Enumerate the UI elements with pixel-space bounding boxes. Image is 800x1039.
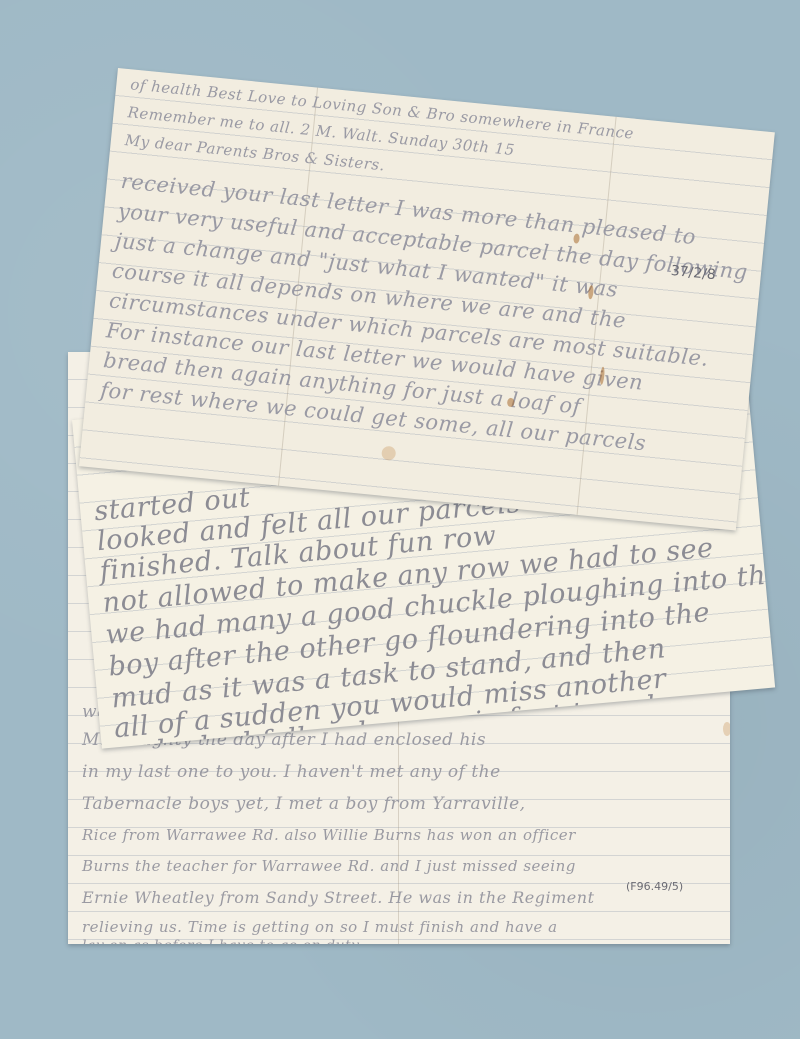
rust-stain (723, 722, 730, 736)
archive-reference: 37/2/8 (670, 263, 716, 283)
archive-reference: (F96.49/5) (626, 880, 683, 893)
rust-stain (381, 446, 396, 461)
letter-page-top: of health Best Love to Loving Son & Bro … (79, 68, 775, 530)
handwritten-line: Burns the teacher for Warrawee Rd. and I… (82, 857, 720, 875)
handwritten-line: Rice from Warrawee Rd. also Willie Burns… (82, 826, 720, 844)
handwritten-line: relieving us. Time is getting on so I mu… (82, 918, 720, 936)
handwritten-line: in my last one to you. I haven't met any… (82, 762, 720, 782)
rust-stain (573, 233, 580, 244)
handwritten-line: Ernie Wheatley from Sandy Street. He was… (82, 888, 720, 907)
handwritten-line: lay on as before I have to go on duty (82, 938, 720, 944)
handwritten-line: Tabernacle boys yet, I met a boy from Ya… (82, 794, 720, 814)
